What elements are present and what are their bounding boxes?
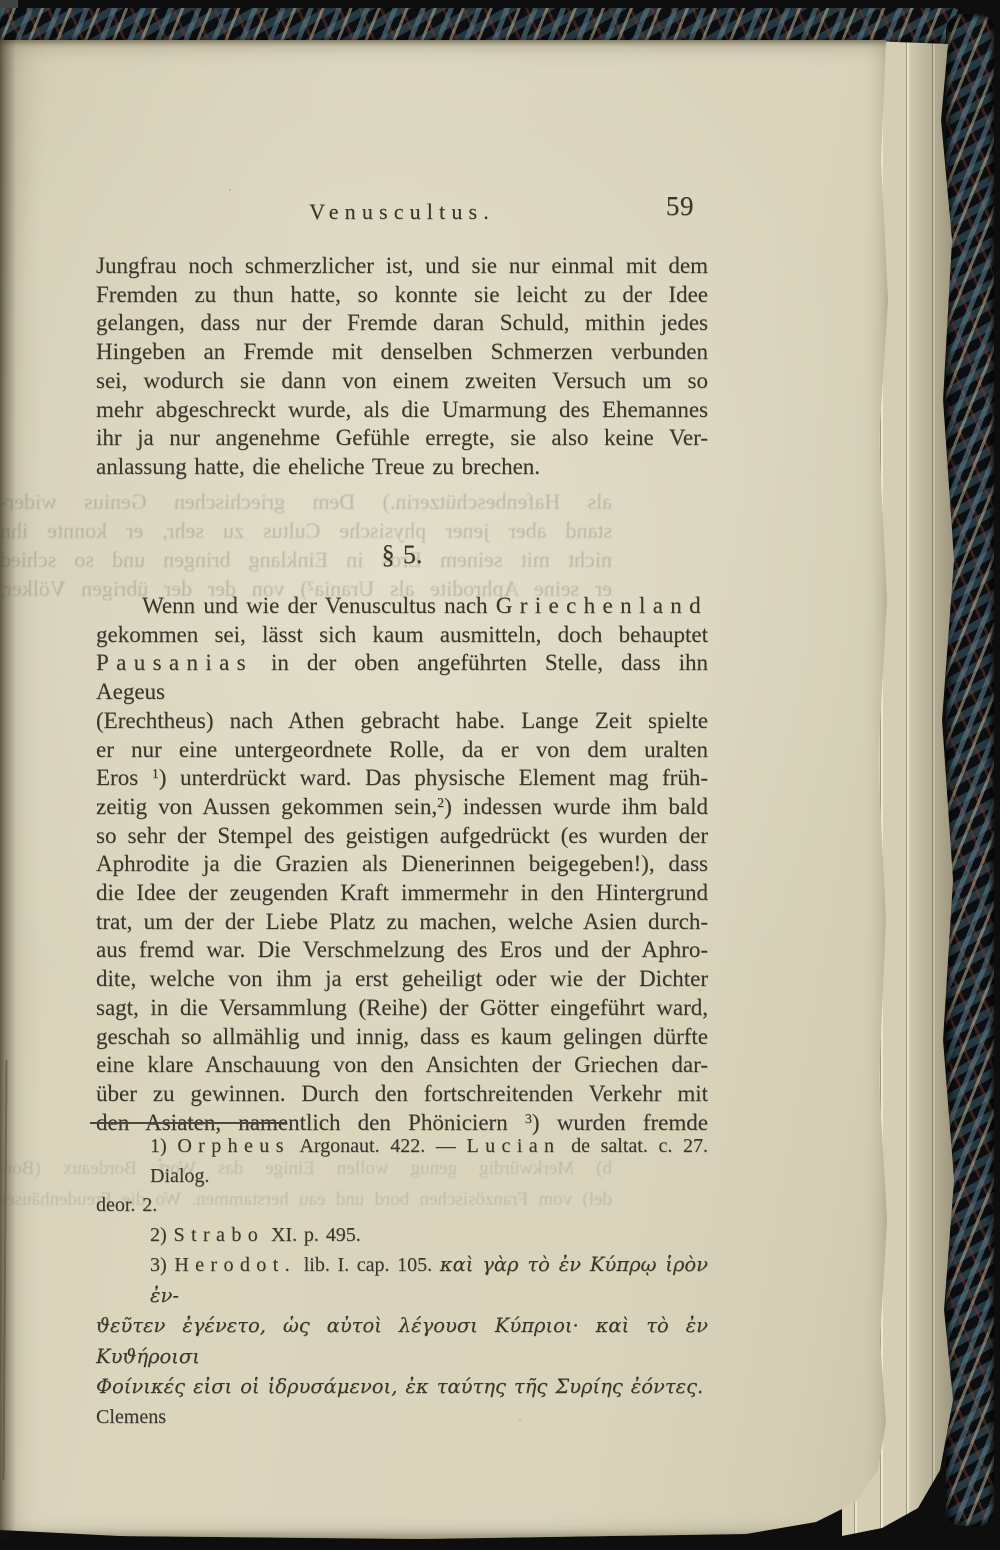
text-line: Jungfrau noch schmerzlicher ist, und sie…: [96, 252, 708, 281]
footnotes: 1) Orpheus Argonaut. 422. — Lucian de sa…: [96, 1132, 708, 1432]
text-line: aus fremd war. Die Verschmelzung des Ero…: [96, 936, 708, 965]
text-line: so sehr der Stempel des geistigen aufged…: [96, 822, 708, 851]
text-line: dite, welche von ihm ja erst geheiligt o…: [96, 965, 708, 994]
text-line: mehr abgeschreckt wurde, als die Umarmun…: [96, 396, 708, 425]
page-sheet: als Hafenbeschützerin.) Dem griechischen…: [0, 40, 892, 1540]
section-heading: § 5.: [96, 541, 708, 570]
text-line: Fremden zu thun hatte, so konnte sie lei…: [96, 281, 708, 310]
book-cover-top-edge: [0, 8, 966, 44]
text-line: die Idee der zeugenden Kraft immermehr i…: [96, 879, 708, 908]
spaced-word: Lucian: [467, 1135, 561, 1157]
text-line: Wenn und wie der Venuscultus nach Griech…: [96, 592, 708, 621]
greek-citation: Φοίνικές εἰσι οἱ ἱδρυσάμενοι, ἐκ ταύτης …: [96, 1375, 703, 1398]
text-line: zeitig von Aussen gekommen sein,2) indes…: [96, 793, 708, 822]
text-line: Eros 1) unterdrückt ward. Das physische …: [96, 764, 708, 793]
text-line: (Erechtheus) nach Athen gebracht habe. L…: [96, 707, 708, 736]
footnote-separator: [90, 1122, 286, 1124]
header-title: Venuscultus.: [309, 199, 495, 224]
text-line: sagt, in die Versammlung (Reihe) der Göt…: [96, 994, 708, 1023]
text-line: Hingeben an Fremde mit denselben Schmerz…: [96, 338, 708, 367]
text-line: ihr ja nur angenehme Gefühle erregte, si…: [96, 424, 708, 453]
text-line: sei, wodurch sie dann von einem zweiten …: [96, 367, 708, 396]
spaced-word: Griechenland: [496, 593, 708, 618]
spaced-word: Orpheus: [177, 1135, 290, 1157]
book-page-scan: { "colors": { "paper": "#d9d3bc", "ink":…: [0, 0, 1000, 1550]
text-line: gekommen sei, lässt sich kaum ausmitteln…: [96, 621, 708, 650]
text-line: anlassung hatte, die eheliche Treue zu b…: [96, 453, 708, 482]
text-line: trat, um der der Liebe Platz zu machen, …: [96, 908, 708, 937]
text-line: über zu gewinnen. Durch den fortschreite…: [96, 1080, 708, 1109]
running-header: Venuscultus. 59: [96, 198, 708, 227]
page-number: 59: [666, 192, 694, 221]
text-line: er nur eine untergeordnete Rolle, da er …: [96, 736, 708, 765]
bleed-line: als Hafenbeschützerin.) Dem griechischen…: [0, 487, 612, 516]
footnote-3-continued: ϑεῦτεν ἐγένετο, ὡς αὐτοὶ λέγουσι Κύπριοι…: [96, 1311, 708, 1372]
text-line: Pausanias in der oben angeführten Stelle…: [96, 649, 708, 706]
text-line: eine klare Anschauung von den Ansichten …: [96, 1051, 708, 1080]
footnote-marker-1: 1: [152, 767, 159, 782]
body-paragraph-1: Jungfrau noch schmerzlicher ist, und sie…: [96, 252, 708, 482]
footnote-1-continued: deor. 2.: [96, 1191, 708, 1221]
text-line: geschah so allmählig und innig, dass es …: [96, 1023, 708, 1052]
spaced-word: Pausanias: [96, 650, 253, 675]
spaced-word: Herodot.: [174, 1254, 296, 1276]
footnote-3: 3) Herodot. lib. I. cap. 105. καὶ γὰρ τὸ…: [96, 1250, 708, 1311]
body-paragraph-2: Wenn und wie der Venuscultus nach Griech…: [96, 592, 708, 1137]
spaced-word: Strabo: [174, 1224, 265, 1246]
text-line: Aphrodite ja die Grazien als Dienerinnen…: [96, 850, 708, 879]
footnote-marker-3: 3: [525, 1112, 532, 1127]
book-cover-fore-edge: [946, 14, 994, 1526]
text-line: gelangen, dass nur der Fremde daran Schu…: [96, 309, 708, 338]
footnote-1: 1) Orpheus Argonaut. 422. — Lucian de sa…: [96, 1132, 708, 1191]
footnote-2: 2) Strabo XI. p. 495.: [96, 1221, 708, 1251]
gutter-shadow: [0, 40, 16, 1540]
greek-citation: ϑεῦτεν ἐγένετο, ὡς αὐτοὶ λέγουσι Κύπριοι…: [96, 1314, 708, 1368]
footnote-marker-2: 2: [437, 796, 444, 811]
footnote-3-end: Φοίνικές εἰσι οἱ ἱδρυσάμενοι, ἐκ ταύτης …: [96, 1372, 708, 1432]
